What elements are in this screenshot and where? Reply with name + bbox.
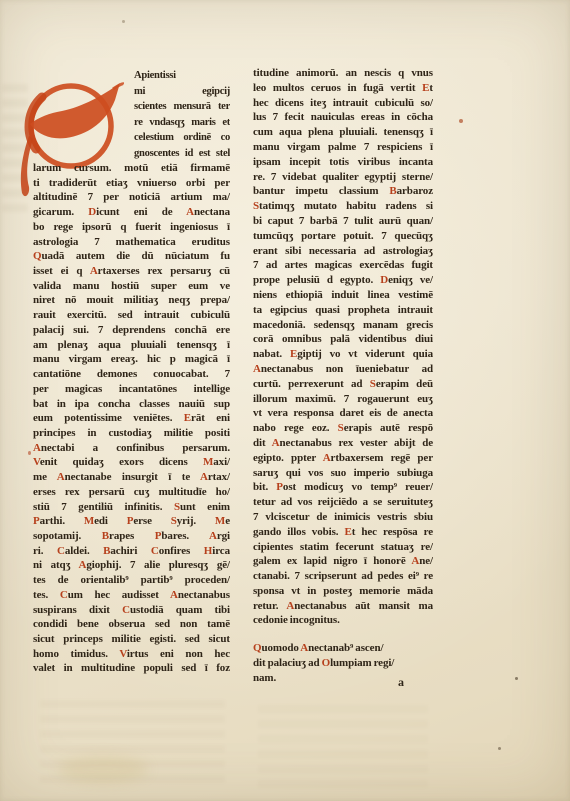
text-line: titudine animorū. an nescis q vnus [253,66,433,81]
rubricated-letter: A [411,555,419,567]
text-line: tes de orientalib⁹ partib⁹ proceden/ [33,573,230,588]
text-line: hec dicens iteʒ intrauit cubiculū so/ [253,96,433,111]
text-line: altitudinē 7 per noticiā artium ma/ [33,190,230,205]
rubricated-letter: E [290,348,297,360]
text-line: Venit quidaʒ exors dicens Maxi/ [33,455,230,470]
text-line: nabat. Egiptij vo vt viderunt quia [253,347,433,362]
text-line: sponsa vt in posteʒ memorie māda [253,584,433,599]
text-line: astrologia 7 mathematica eruditus [33,235,230,250]
text-line: nabo rege eoz. Serapis autē respō [253,421,433,436]
rubricated-letter: A [200,471,208,483]
text-line: am plenaʒ aqua pluuiali tenensqʒ ī [33,338,230,353]
rubricated-letter: A [300,642,308,654]
text-line: Statimqʒ mutato habitu radens si [253,199,433,214]
signature-mark: a [398,675,404,690]
text-line: sicut princeps militie egisti. sed sicut [33,632,230,647]
rubricated-letter: H [204,545,212,557]
text-line: homo timidus. Virtus eni non hec [33,647,230,662]
rubricated-letter: P [33,515,40,527]
text-line: dit palaciuʒ ad Olumpiam regi/ [253,656,433,671]
text-line: re. 7 videbat qualiter egyptij sterne/ [253,170,433,185]
text-line: lus 7 fecit nauiculas ereas in cōcha [253,110,433,125]
text-line: nam. [253,671,433,686]
text-line: re vndasqʒ maris et [134,115,230,131]
rubricated-letter: D [88,206,96,218]
text-line: scientes mensurā ter [134,99,230,115]
text-line: bo rege ipsorū q fuerit ingeniosus ī [33,220,230,235]
rubricated-letter: E [344,526,351,538]
text-line: ta egipcius quasi propheta intrauit [253,303,433,318]
text-line: per magicas incantatōnes intellige [33,382,230,397]
right-column: titudine animorū. an nescis q vnusleo mu… [253,66,433,686]
text-line: valet in multitudine populi sed ī foz [33,661,230,676]
rubricated-letter: E [422,82,429,94]
chapter-rubric: Quomodo Anectanab⁹ ascen/dit palaciuʒ ad… [253,641,433,685]
rubricated-letter: A [253,363,261,375]
text-line: tes. Cum hec audisset Anectanabus [33,588,230,603]
text-line: celestium ordinē co [134,130,230,146]
rubricated-letter: A [209,530,217,542]
text-line: egipto. ppter Artbaxersem regē per [253,451,433,466]
text-line: me Anectanabe insurgit ī te Artax/ [33,470,230,485]
text-line: Apientissi [134,68,230,84]
left-column: Apientissimi egipcij scientes mensurā te… [33,68,230,676]
text-line: sopotamij. Brapes Pbares. Argi [33,529,230,544]
rubricated-letter: P [276,481,283,493]
text-line: Anectabi a confinibus persarum. [33,441,230,456]
rubricated-letter: V [119,648,126,660]
text-line: vt vera responsa daret eis de anecta [253,406,433,421]
text-line: galem ex lapid nigro ī honorē Ane/ [253,554,433,569]
text-line: gando illos vobis. Et hec respōsa re [253,525,433,540]
text-line: bantur impetu classium Barbaroz [253,184,433,199]
text-line: erant sibi necessaria ad astrologiaʒ [253,244,433,259]
rubricated-letter: D [380,274,388,286]
text-line: corā omnibus palā videntibus diui [253,332,433,347]
right-column-body: titudine animorū. an nescis q vnusleo mu… [253,66,433,628]
text-line: bit. Post modicuʒ vo temp⁹ reuer/ [253,480,433,495]
text-line: ipsam incepit totis viribus incanta [253,155,433,170]
text-line: Quomodo Anectanab⁹ ascen/ [253,641,433,656]
rubricated-letter: C [57,545,65,557]
text-line: 7 vlciscetur de inimicis vestris sbiu [253,510,433,525]
text-line: larum cursum. motū etiā firmamē [33,161,230,176]
rubricated-letter: V [33,456,40,468]
rubricated-letter: Q [253,642,261,654]
text-line: mi egipcij [134,84,230,100]
opening-large-lines: Apientissimi egipcij [134,68,230,99]
rubricated-letter: C [122,604,130,616]
foxing-spot [498,747,501,750]
rubricated-letter: S [171,515,177,527]
rubricated-letter: A [79,559,87,571]
text-line: retur. Anectanabus aūt mansit ma [253,599,433,614]
incunabulum-page: Apientissimi egipcij scientes mensurā te… [0,0,570,801]
rubricated-letter: A [170,589,178,601]
rubricated-letter: M [203,456,213,468]
text-line: Parthi. Medi Perse Syrij. Me [33,514,230,529]
rubricated-letter: A [90,265,98,277]
rubricated-letter: A [323,452,331,464]
rubricated-letter: Q [33,250,41,262]
text-line: prope pelusiū d egypto. Deniqʒ ve/ [253,273,433,288]
text-line: cum aqua plena pluuiali. tenensqʒ ī [253,125,433,140]
text-line: rauit exercitū. sed intrauit cubiculū [33,308,230,323]
text-line: stiū 7 gentiliū infinitis. Sunt enim [33,500,230,515]
rubricated-letter: B [102,530,109,542]
text-line: manu virgam ereaʒ. hic p magicā ī [33,352,230,367]
rubricated-letter: A [286,600,294,612]
rubricated-letter: P [155,530,162,542]
rubricated-letter: S [253,200,259,212]
text-line: cantatiōne demones conuocabat. 7 [33,367,230,382]
text-line: condidi bene obserua sed non tamē [33,617,230,632]
text-line: principes in custodiaʒ militie positi [33,426,230,441]
text-line: dit Anectanabus rex vester abijt de [253,436,433,451]
text-line: valida manu hostiū super eum ve [33,279,230,294]
text-line: erses rex persarū cuʒ multitudīe ho/ [33,485,230,500]
rubricated-letter: C [60,589,68,601]
text-line: cipientes statim fecerunt statuaʒ re/ [253,540,433,555]
rubricated-letter: S [370,378,376,390]
rubricated-letter: A [272,437,280,449]
text-line: ctanabi. 7 scripserunt ad pedes ei⁹ re [253,569,433,584]
rubricated-letter: M [215,515,225,527]
text-line: niens ethiopiā induit linea vestimē [253,288,433,303]
show-through-text [40,700,225,785]
text-line: niret nō mouit militiaʒ neqʒ prepa/ [33,293,230,308]
rubricated-letter: P [127,515,134,527]
text-line: tetur ad vos reijciēdo a se seruituteʒ [253,495,433,510]
opening-indented-lines: scientes mensurā terre vndasqʒ maris etc… [134,99,230,161]
foxing-spot [515,677,518,680]
foxing-spot [122,20,125,23]
show-through-text [258,705,428,790]
foxing-spot [459,119,463,123]
text-line: ri. Caldei. Bachiri Confires Hirca [33,544,230,559]
text-line: saruʒ qui vos suo imperio subiuga [253,466,433,481]
rubricated-letter: S [174,501,180,513]
rubricated-letter: M [84,515,94,527]
text-line: macedoniā. sedensqʒ manam grecis [253,318,433,333]
text-line: suspirans dixit Custodiā quam tibi [33,603,230,618]
foxing-spot [28,451,31,455]
text-line: bi caput 7 barbā 7 tulit aurū quan/ [253,214,433,229]
text-line: tumcūqʒ portare potuit. 7 quecūqʒ [253,229,433,244]
text-line: leo multos ceruos in fugā vertit Et [253,81,433,96]
text-line: eum potentissime veniētes. Erāt eni [33,411,230,426]
rubricated-letter: O [322,657,330,669]
text-line: ni atqʒ Agiophij. 7 alie pluresqʒ gē/ [33,558,230,573]
text-line: curtū. perrexerunt ad Serapim deū [253,377,433,392]
text-line: manu virgam palme 7 respiciens ī [253,140,433,155]
rubricated-letter: A [186,206,194,218]
rubricated-letter: C [151,545,159,557]
text-line: Quadā autem die dū nūciatum fu [33,249,230,264]
rubricated-letter: B [103,545,110,557]
text-line: palacij sui. 7 deprendens conchā ere [33,323,230,338]
show-through-text [2,84,28,214]
text-line: isset ei q Artaxerses rex persaruʒ cū [33,264,230,279]
text-line: illorum maximū. 7 rogauerunt euʒ [253,392,433,407]
rubricated-letter: B [389,185,396,197]
text-line: cedonie incognitus. [253,613,433,628]
text-line: bat in ipa concha classes nauiū sup [33,397,230,412]
text-line: ti tradiderūt etiaʒ vniuerso orbi per [33,176,230,191]
text-line: gnoscentes id est stel [134,146,230,162]
rubricated-letter: E [184,412,191,424]
rubricated-letter: A [57,471,65,483]
rubricated-letter: S [338,422,344,434]
rubricated-letter: A [33,442,41,454]
text-line: 7 ad artes magicas exercēdas fugit [253,258,433,273]
text-line: Anectanabus non īueniebatur ad [253,362,433,377]
left-column-body: larum cursum. motū etiā firmamēti tradid… [33,161,230,676]
text-line: gicarum. Dicunt eni de Anectana [33,205,230,220]
